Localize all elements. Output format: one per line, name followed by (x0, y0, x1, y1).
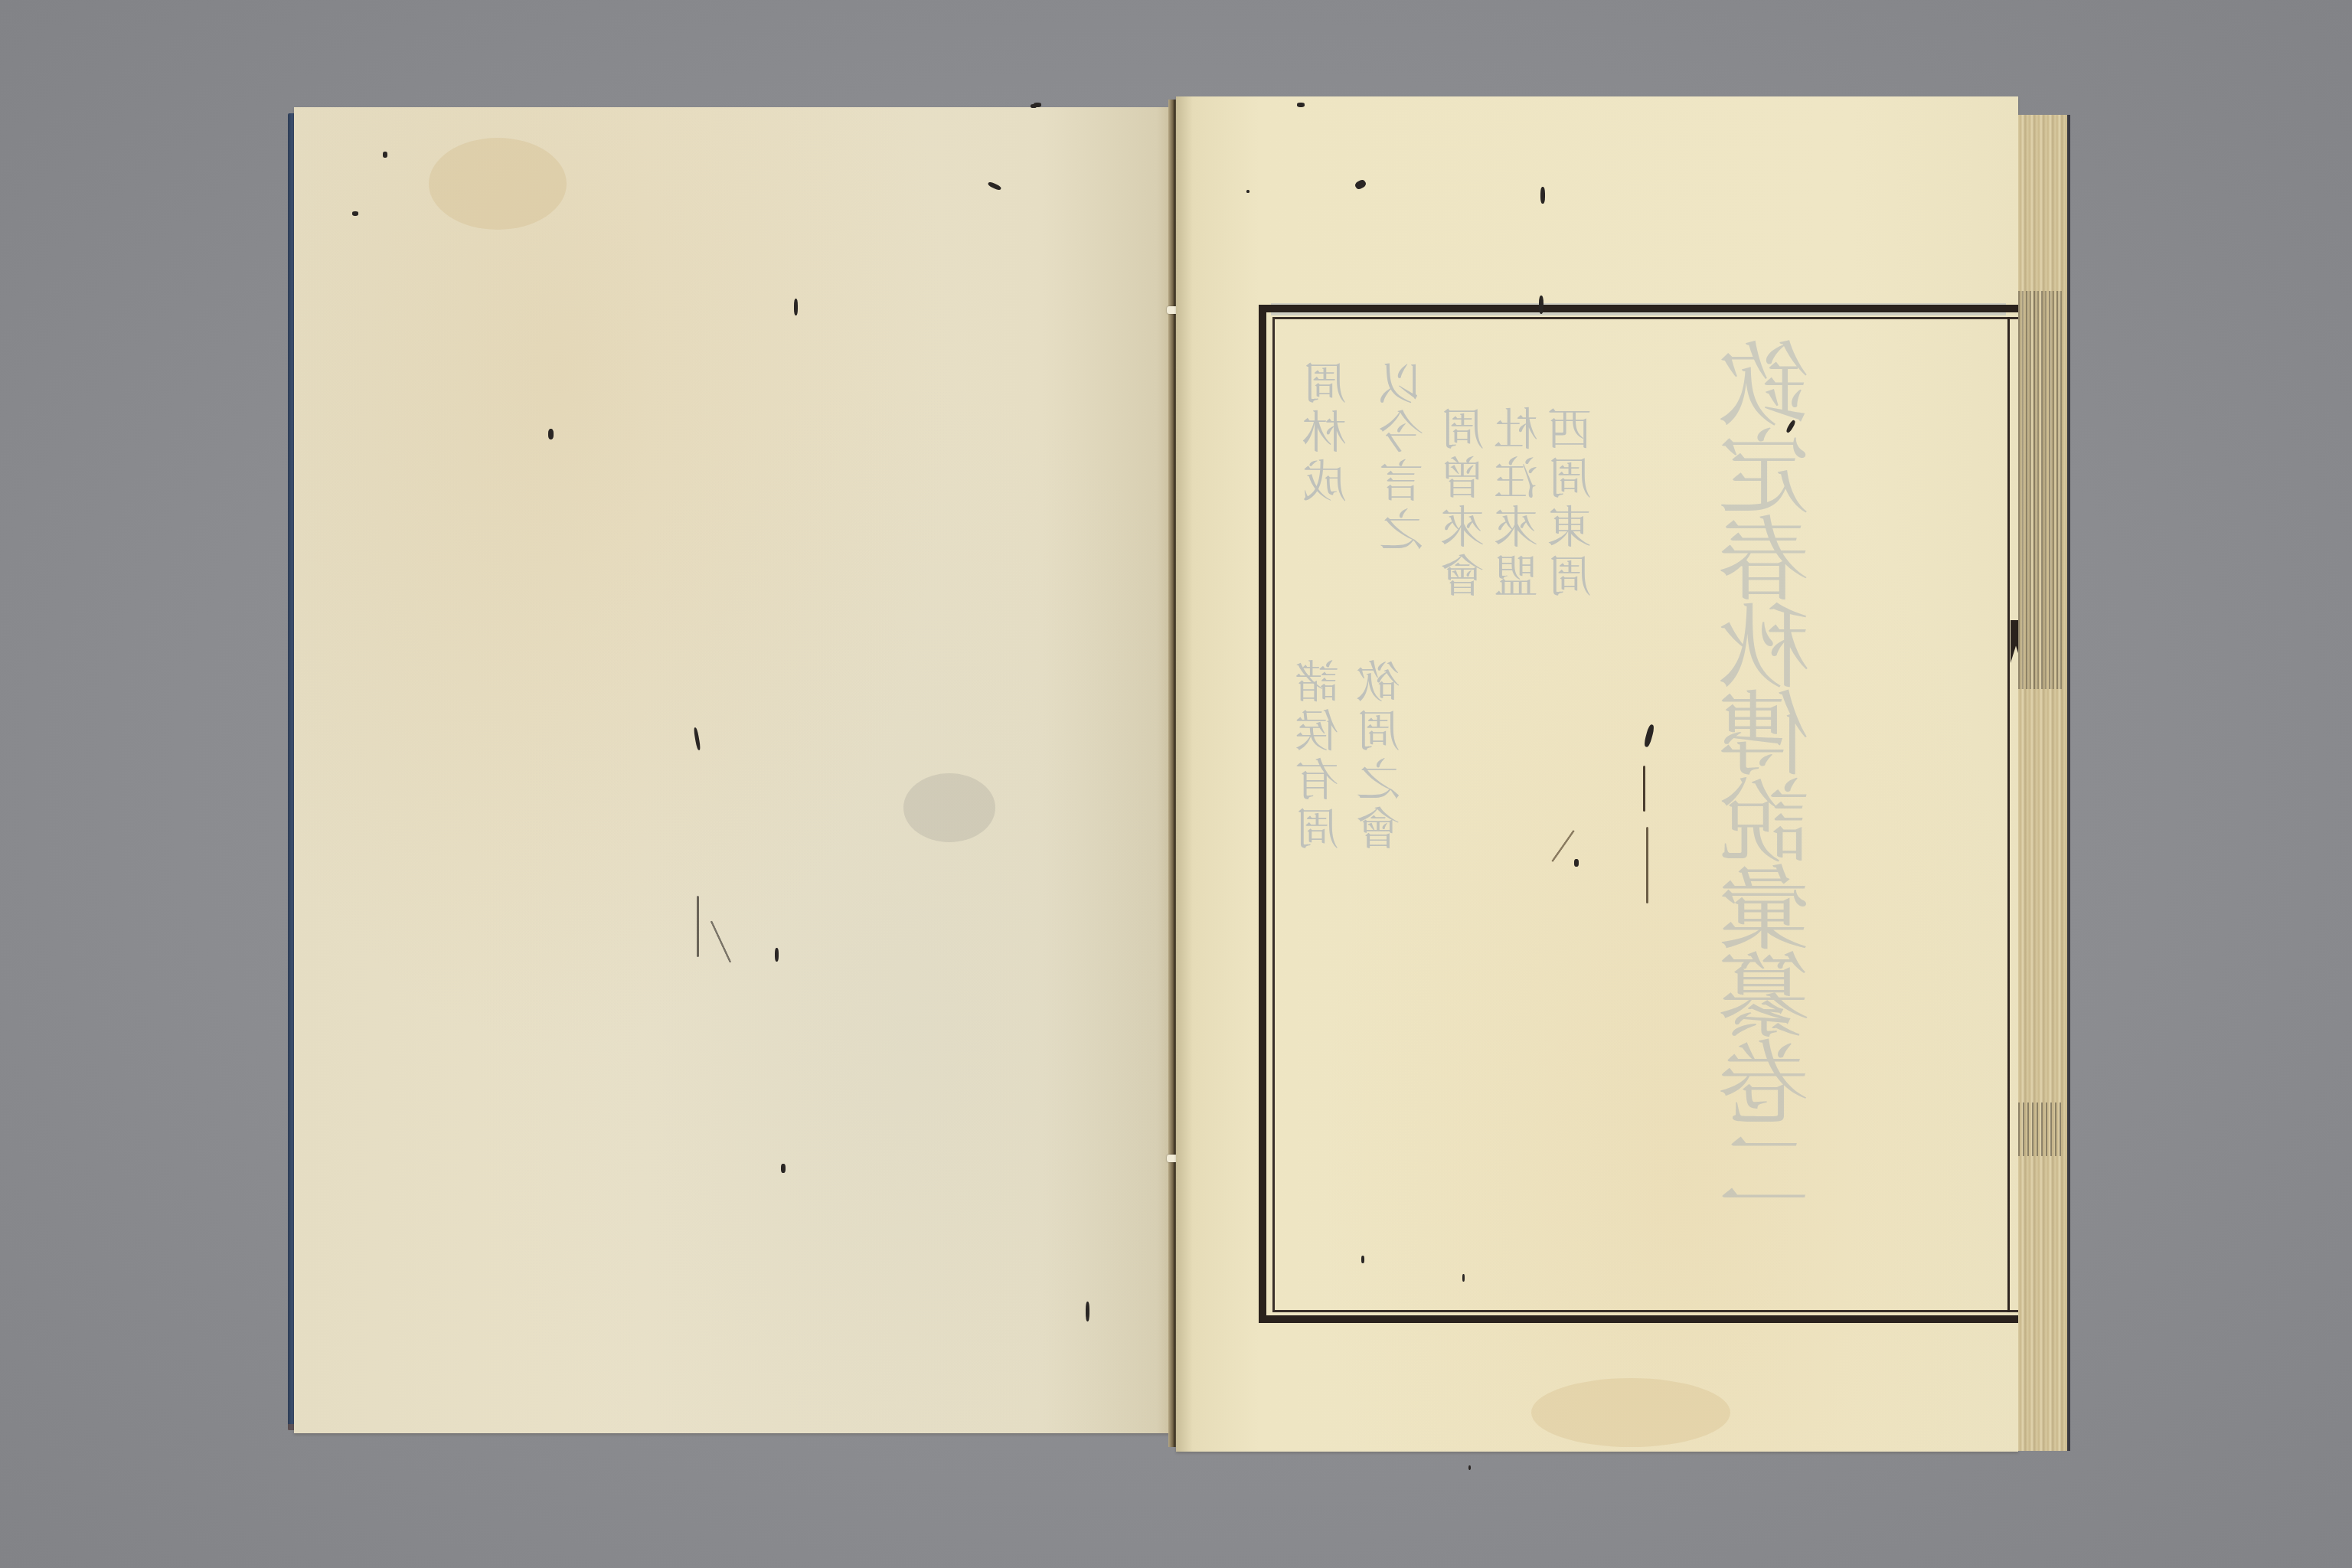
left-page (294, 107, 1174, 1433)
wormhole-speck (1462, 1274, 1465, 1282)
printed-frame-inner-border (1272, 317, 2020, 1312)
wormhole-speck (1468, 1465, 1471, 1470)
wormhole-trail (1643, 766, 1645, 812)
wormhole-speck (1540, 187, 1545, 204)
wormhole-speck (1574, 859, 1579, 867)
wormhole-speck (781, 1164, 786, 1173)
fore-edge-ink-marks (2018, 291, 2064, 689)
wormhole-speck (1031, 104, 1037, 108)
fore-edge-ink-marks (2018, 1102, 2064, 1156)
wormhole-speck (548, 429, 554, 439)
wormhole-speck (794, 299, 798, 315)
wormhole-speck (1246, 190, 1249, 193)
wormhole-trail (1646, 827, 1648, 903)
wormhole-trail (697, 896, 699, 957)
wormhole-speck (383, 152, 387, 158)
paper-stain (1531, 1378, 1730, 1447)
wormhole-speck (1086, 1302, 1089, 1321)
wormhole-speck (775, 948, 779, 962)
ink-smudge (903, 773, 995, 842)
wormhole-speck (1297, 103, 1305, 107)
banxin-divider-line (2007, 317, 2010, 1312)
wormhole-speck (1539, 296, 1543, 314)
open-book: 欽定春秋傳說彙纂卷二 以今言之 周曾來會 杜注來盟 西周東周 周林成 欲周之會 … (0, 0, 2352, 1568)
wormhole-speck (352, 211, 358, 216)
paper-stain (429, 138, 567, 230)
wormhole-speck (1361, 1256, 1364, 1263)
